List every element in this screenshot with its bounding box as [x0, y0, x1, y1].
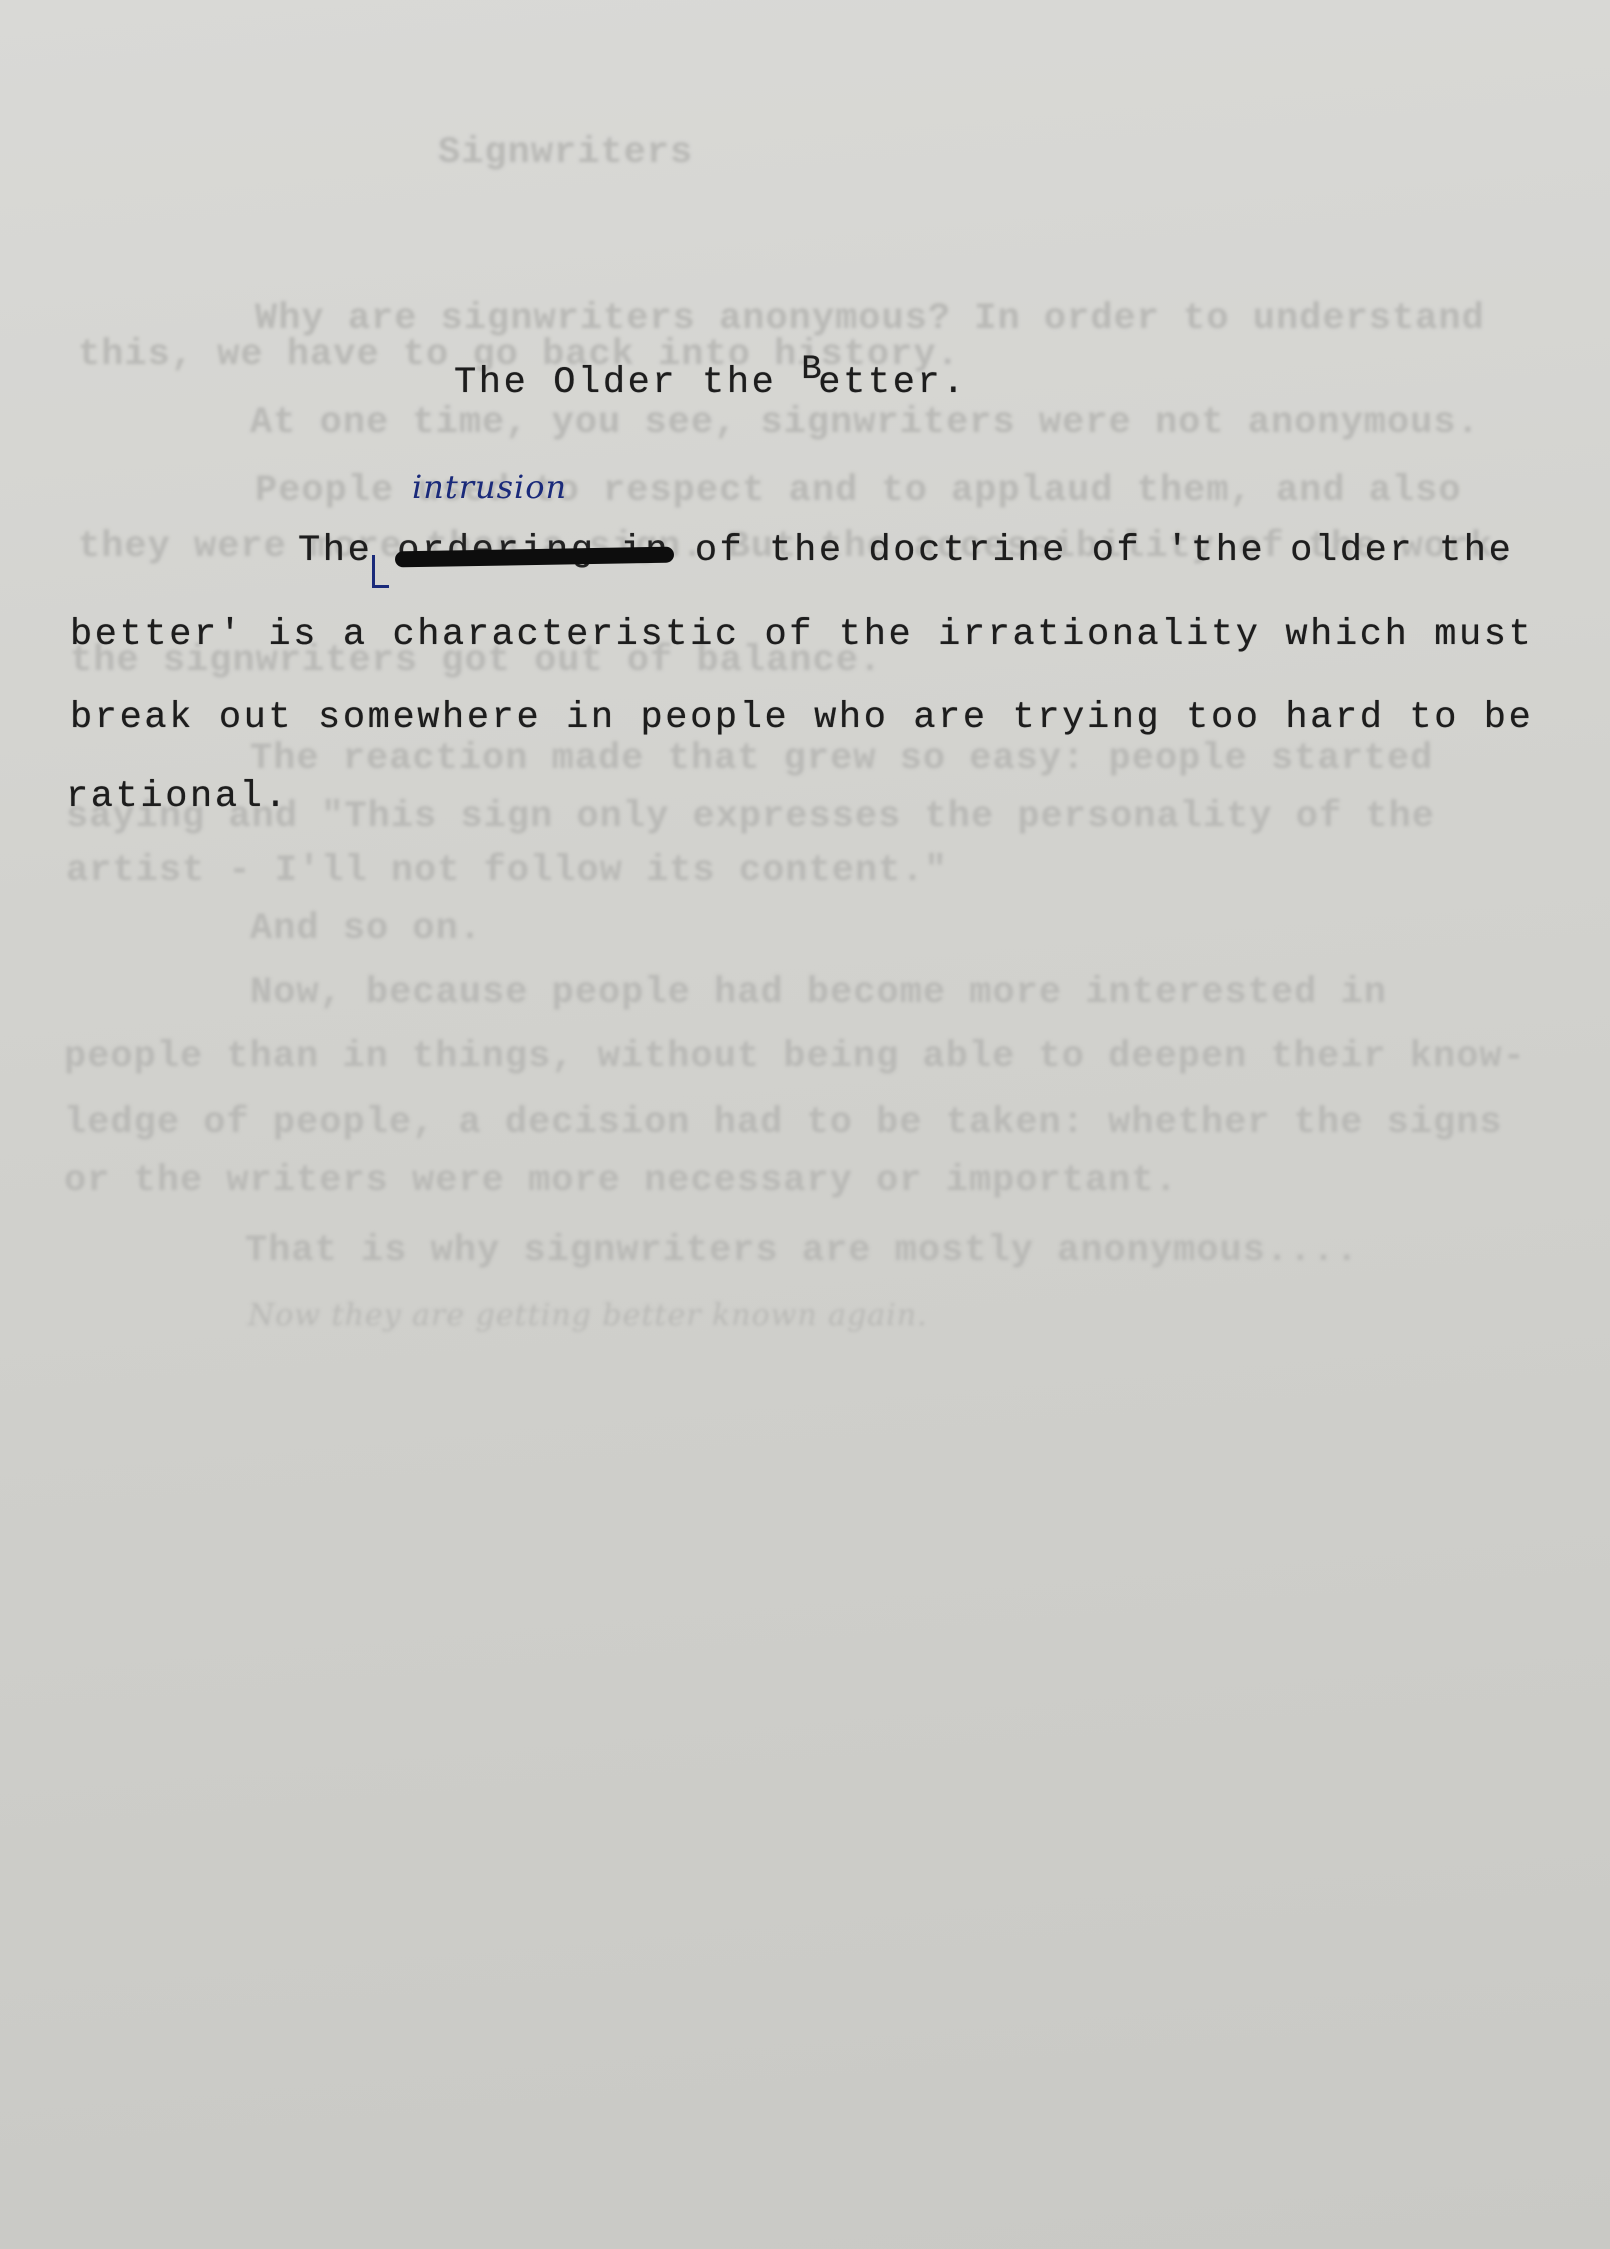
- show-through-line: or the writers were more necessary or im…: [64, 1160, 1178, 1202]
- show-through-line: people than in things, without being abl…: [64, 1036, 1526, 1078]
- show-through-line: That is why signwriters are mostly anony…: [245, 1230, 1359, 1272]
- title-text-before: The Older the: [454, 362, 801, 404]
- paragraph-line-4: rational.: [66, 776, 289, 818]
- paragraph-line-2: better' is a characteristic of the irrat…: [70, 614, 1533, 656]
- typed-page: Signwriters Why are signwriters anonymou…: [0, 0, 1610, 2249]
- title-superscript-correction: B: [801, 351, 824, 389]
- line1-end: of the doctrine of 'the older the: [670, 530, 1513, 572]
- handwritten-insertion: intrusion: [412, 468, 567, 506]
- show-through-line: At one time, you see, signwriters were n…: [250, 402, 1480, 444]
- show-through-line: ledge of people, a decision had to be ta…: [64, 1102, 1503, 1144]
- show-through-line: And so on.: [250, 908, 482, 950]
- show-through-line: Now, because people had become more inte…: [250, 972, 1387, 1014]
- paragraph-line-3: break out somewhere in people who are tr…: [70, 697, 1533, 739]
- paragraph-line-1: The ordering in of the doctrine of 'the …: [298, 530, 1513, 572]
- document-title: The Older the Better.: [454, 362, 967, 404]
- show-through-handwriting: Now they are getting better known again.: [248, 1298, 928, 1333]
- struck-out-word: ordering in: [397, 530, 670, 572]
- show-through-heading: Signwriters: [438, 132, 693, 174]
- line1-start: The: [298, 530, 372, 572]
- show-through-line: The reaction made that grew so easy: peo…: [250, 738, 1433, 780]
- show-through-line: artist - I'll not follow its content.": [66, 850, 948, 892]
- title-text-after: etter.: [818, 362, 967, 404]
